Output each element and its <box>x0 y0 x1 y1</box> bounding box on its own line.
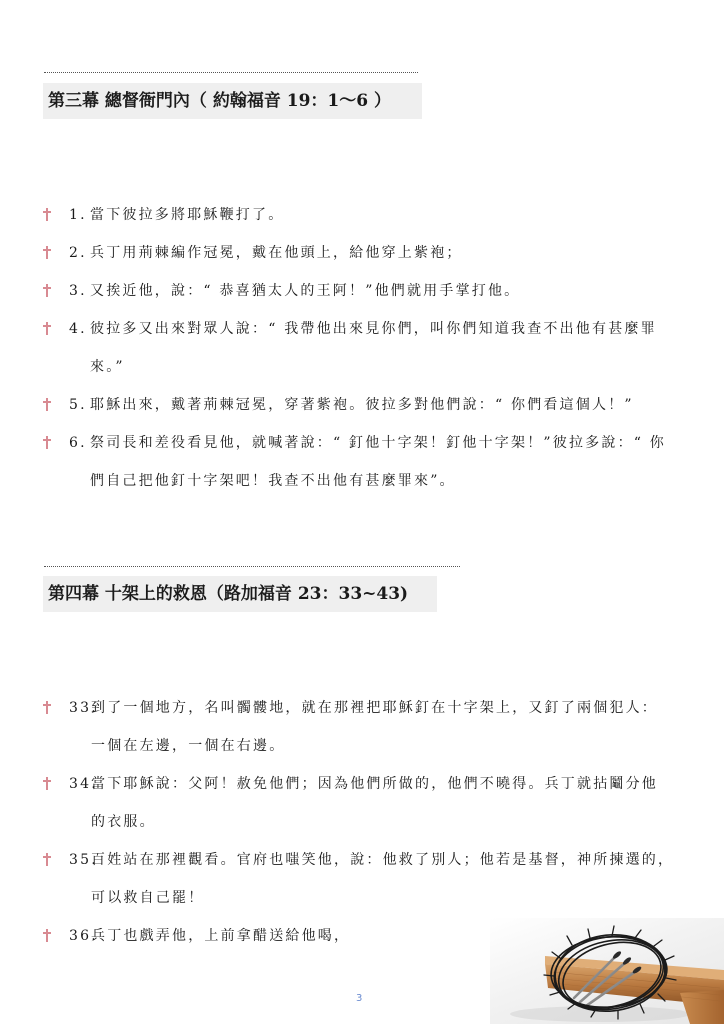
verse-number: 36. <box>69 917 98 955</box>
verse-text: 彼拉多又出來對眾人說：“ 我帶他出來見你們，叫你們知道我查不出他有甚麼罪 <box>40 310 690 348</box>
crown-of-thorns-illustration <box>490 918 724 1024</box>
cross-icon <box>40 424 54 462</box>
cross-icon <box>40 234 54 272</box>
verse-text: 兵丁用荊棘編作冠冕，戴在他頭上，給他穿上紫袍； <box>40 234 690 272</box>
verse-number: 34. <box>69 765 98 803</box>
cross-icon <box>40 917 54 955</box>
cross-icon <box>40 310 54 348</box>
verse-text: 當下耶穌說：父阿！赦免他們；因為他們所做的，他們不曉得。兵丁就拈鬮分他 <box>40 765 690 803</box>
verse-number: 33. <box>69 689 98 727</box>
cross-icon <box>40 386 54 424</box>
verse-number: 5. <box>69 386 87 424</box>
verse-text-continued: 們自己把他釘十字架吧！我查不出他有甚麼罪來”。 <box>40 462 690 500</box>
cross-icon <box>40 689 54 727</box>
section-divider <box>44 72 418 73</box>
cross-icon <box>40 196 54 234</box>
cross-icon <box>40 841 54 879</box>
section-heading-act-3: 第三幕 總督衙門內（ 約翰福音 19：1～6 ） <box>43 83 422 119</box>
verse-item: 6. 祭司長和差役看見他，就喊著說：“ 釘他十字架！釘他十字架！”彼拉多說：“ … <box>40 424 690 500</box>
verse-item: 3. 又挨近他，說：“ 恭喜猶太人的王阿！”他們就用手掌打他。 <box>40 272 690 310</box>
verse-item: 1. 當下彼拉多將耶穌鞭打了。 <box>40 196 690 234</box>
verse-number: 6. <box>69 424 87 462</box>
verse-item: 2. 兵丁用荊棘編作冠冕，戴在他頭上，給他穿上紫袍； <box>40 234 690 272</box>
page-number: 3 <box>356 993 362 1004</box>
verse-text: 耶穌出來，戴著荊棘冠冕，穿著紫袍。彼拉多對他們說：“ 你們看這個人！” <box>40 386 690 424</box>
verse-number: 4. <box>69 310 87 348</box>
verse-item: 33. 到了一個地方，名叫髑髏地，就在那裡把耶穌釘在十字架上，又釘了兩個犯人： … <box>40 689 690 765</box>
verse-number: 2. <box>69 234 87 272</box>
cross-icon <box>40 765 54 803</box>
section-heading-act-4: 第四幕 十架上的救恩（路加福音 23：33~43) <box>43 576 437 612</box>
verse-item: 35. 百姓站在那裡觀看。官府也嗤笑他，說：他救了別人；他若是基督，神所揀選的，… <box>40 841 690 917</box>
verse-item: 34. 當下耶穌說：父阿！赦免他們；因為他們所做的，他們不曉得。兵丁就拈鬮分他 … <box>40 765 690 841</box>
verse-text-continued: 的衣服。 <box>40 803 690 841</box>
verse-number: 35. <box>69 841 98 879</box>
crown-of-thorns-and-nails-icon <box>490 918 724 1024</box>
verse-text: 百姓站在那裡觀看。官府也嗤笑他，說：他救了別人；他若是基督，神所揀選的， <box>40 841 690 879</box>
section-divider <box>44 566 460 567</box>
cross-icon <box>40 272 54 310</box>
verse-text-continued: 一個在左邊，一個在右邊。 <box>40 727 690 765</box>
verse-text: 到了一個地方，名叫髑髏地，就在那裡把耶穌釘在十字架上，又釘了兩個犯人： <box>40 689 690 727</box>
verse-text: 又挨近他，說：“ 恭喜猶太人的王阿！”他們就用手掌打他。 <box>40 272 690 310</box>
verse-item: 4. 彼拉多又出來對眾人說：“ 我帶他出來見你們，叫你們知道我查不出他有甚麼罪 … <box>40 310 690 386</box>
verse-number: 1. <box>69 196 87 234</box>
verse-item: 5. 耶穌出來，戴著荊棘冠冕，穿著紫袍。彼拉多對他們說：“ 你們看這個人！” <box>40 386 690 424</box>
verse-text: 祭司長和差役看見他，就喊著說：“ 釘他十字架！釘他十字架！”彼拉多說：“ 你 <box>40 424 690 462</box>
verse-text-continued: 來。” <box>40 348 690 386</box>
verse-text-continued: 可以救自己罷！ <box>40 879 690 917</box>
verse-number: 3. <box>69 272 87 310</box>
verse-text: 當下彼拉多將耶穌鞭打了。 <box>40 196 690 234</box>
